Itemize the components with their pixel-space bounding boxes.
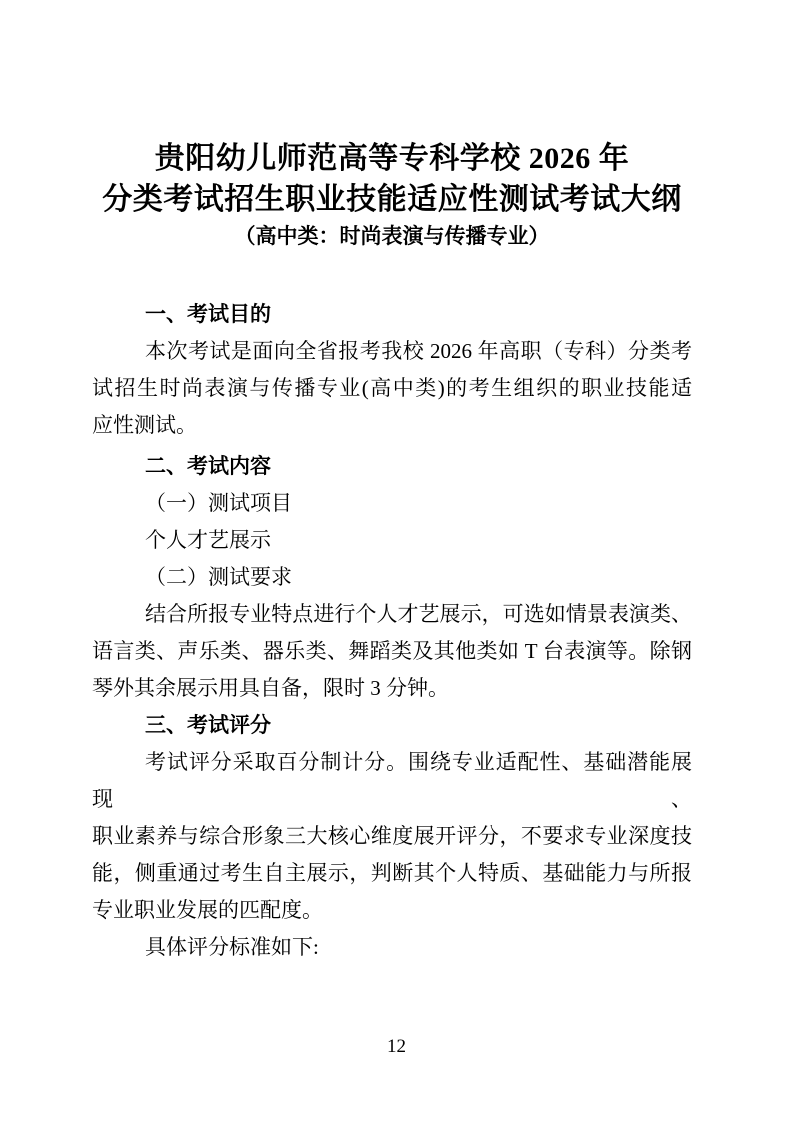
section-3-para-line-4: 专业职业发展的匹配度。 — [92, 892, 692, 929]
document-page: 贵阳幼儿师范高等专科学校 2026 年 分类考试招生职业技能适应性测试考试大纲 … — [0, 0, 793, 1122]
section-3-para-line-3: 能，侧重通过考生自主展示，判断其个人特质、基础能力与所报 — [92, 855, 692, 892]
section-2-subheading-1: （一）测试项目 — [92, 485, 692, 522]
section-3-closing-line: 具体评分标准如下: — [92, 929, 692, 966]
section-1-para-line-2: 试招生时尚表演与传播专业(高中类)的考生组织的职业技能适 — [92, 370, 692, 407]
section-3-para-line-1: 考试评分采取百分制计分。围绕专业适配性、基础潜能展现、 — [92, 744, 692, 818]
section-1-para-line-1: 本次考试是面向全省报考我校 2026 年高职（专科）分类考 — [92, 333, 692, 370]
section-2-para-line-2: 语言类、声乐类、器乐类、舞蹈类及其他类如 T 台表演等。除钢 — [92, 633, 692, 670]
section-1-heading: 一、考试目的 — [92, 296, 692, 333]
section-2-subheading-2: （二）测试要求 — [92, 559, 692, 596]
title-line-1: 贵阳幼儿师范高等专科学校 2026 年 — [92, 138, 692, 179]
section-1-para-line-3: 应性测试。 — [92, 407, 692, 444]
document-content: 贵阳幼儿师范高等专科学校 2026 年 分类考试招生职业技能适应性测试考试大纲 … — [92, 138, 692, 966]
title-line-2: 分类考试招生职业技能适应性测试考试大纲 — [92, 179, 692, 220]
section-2-para-line-3: 琴外其余展示用具自备，限时 3 分钟。 — [92, 670, 692, 707]
section-2-item: 个人才艺展示 — [92, 522, 692, 559]
document-subtitle: （高中类：时尚表演与传播专业） — [92, 221, 692, 251]
document-title: 贵阳幼儿师范高等专科学校 2026 年 分类考试招生职业技能适应性测试考试大纲 — [92, 138, 692, 220]
section-3-heading: 三、考试评分 — [92, 707, 692, 744]
section-2-heading: 二、考试内容 — [92, 448, 692, 485]
section-3-para-line-2: 职业素养与综合形象三大核心维度展开评分，不要求专业深度技 — [92, 818, 692, 855]
section-2-para-line-1: 结合所报专业特点进行个人才艺展示，可选如情景表演类、 — [92, 596, 692, 633]
page-number: 12 — [0, 1036, 793, 1058]
